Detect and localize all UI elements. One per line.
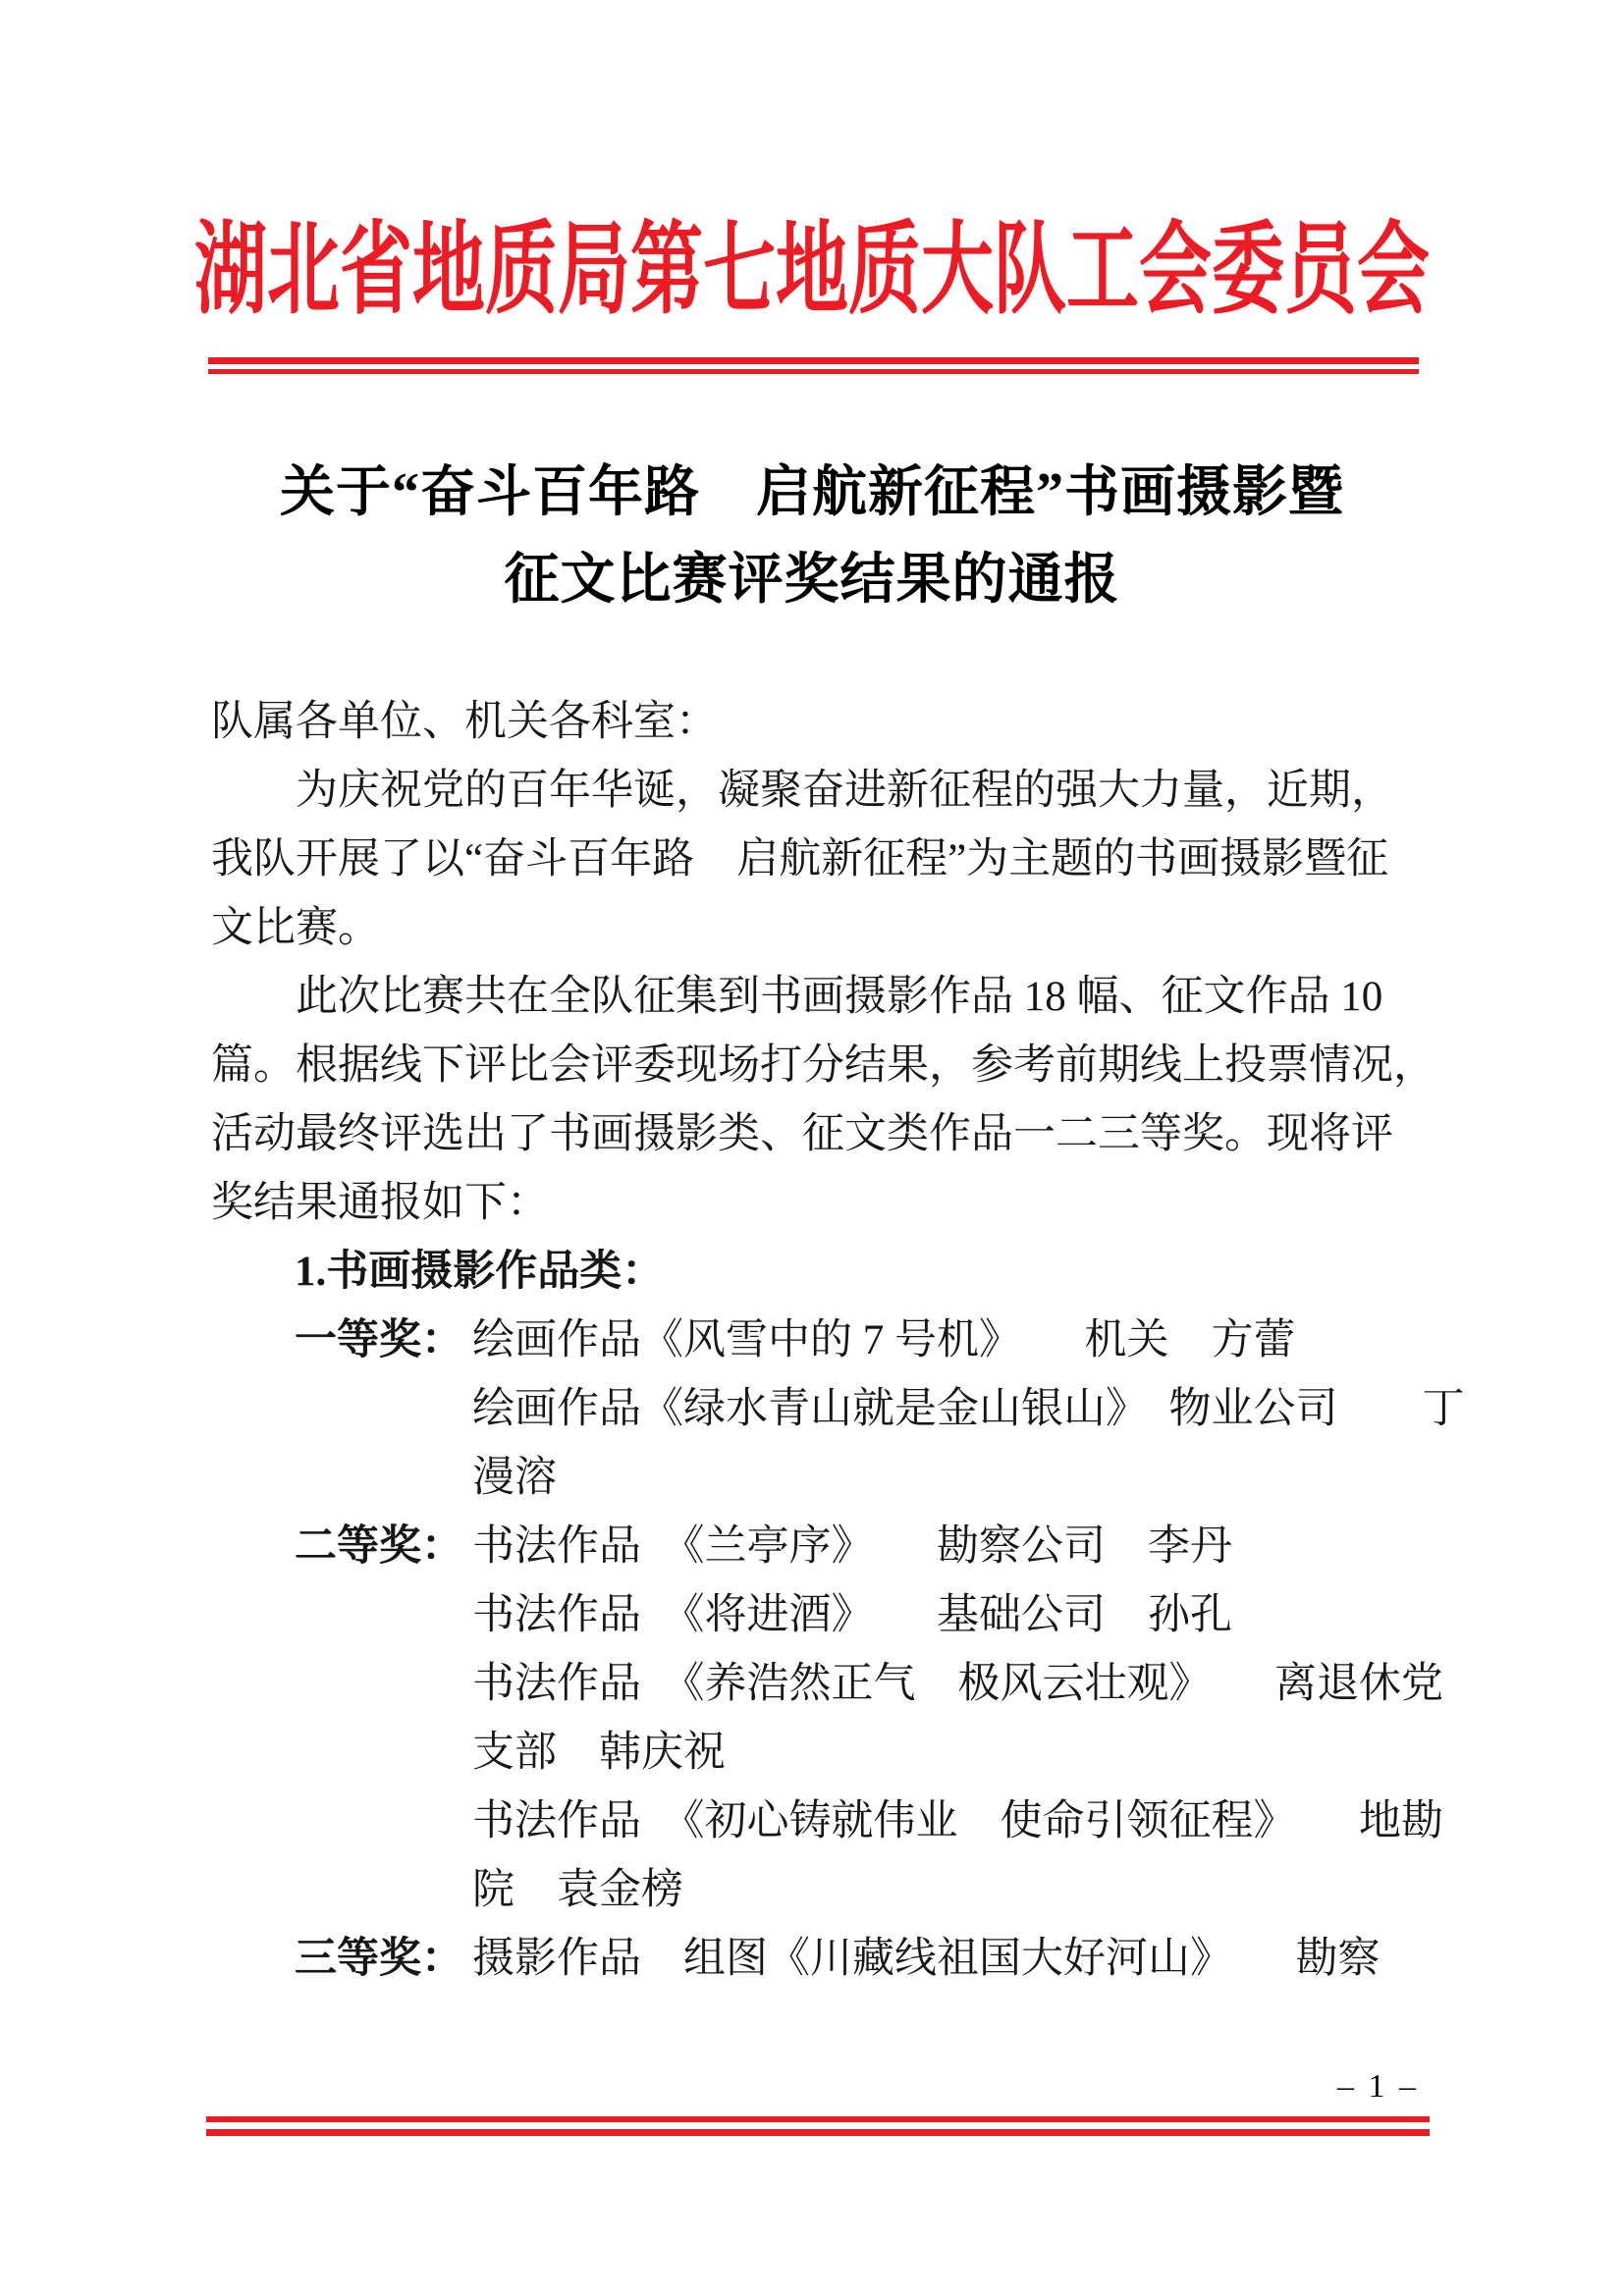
award-entry-continuation: 书法作品 《将进酒》 基础公司 孙孔 — [472, 1581, 1421, 1650]
award-entry-continuation: 书法作品 《初心铸就伟业 使命引领征程》 地勘 — [472, 1788, 1421, 1856]
award-row-first-prize: 一等奖：绘画作品《风雪中的 7 号机》 机关 方蕾 — [211, 1307, 1421, 1375]
award-row-third-prize: 三等奖：摄影作品 组图《川藏线祖国大好河山》 勘察 — [211, 1925, 1421, 1994]
award-entry: 书法作品 《兰亭序》 勘察公司 李丹 — [472, 1523, 1232, 1570]
award-entry: 摄影作品 组图《川藏线祖国大好河山》 勘察 — [472, 1936, 1380, 1982]
letterhead-rule-thin — [208, 369, 1419, 374]
award-row-second-prize: 二等奖：书法作品 《兰亭序》 勘察公司 李丹 — [211, 1513, 1421, 1581]
award-rank-label-third: 三等奖： — [295, 1925, 472, 1994]
paragraph2-line1: 此次比赛共在全队征集到书画摄影作品 18 幅、征文作品 10 — [211, 963, 1421, 1032]
document-title: 关于“奋斗百年路 启航新征程”书画摄影暨 征文比赛评奖结果的通报 — [0, 450, 1624, 624]
document-title-line1: 关于“奋斗百年路 启航新征程”书画摄影暨 — [0, 450, 1624, 537]
section-heading: 1.书画摄影作品类： — [295, 1238, 1421, 1307]
award-entry-continuation: 漫溶 — [472, 1444, 1421, 1513]
salutation-line: 队属各单位、机关各科室： — [211, 688, 1421, 757]
paragraph1-line3: 文比赛。 — [211, 894, 1421, 963]
award-entry-continuation: 院 袁金榜 — [472, 1856, 1421, 1925]
footer-rule-bottom — [206, 2129, 1430, 2136]
document-title-line2: 征文比赛评奖结果的通报 — [0, 537, 1624, 624]
award-rank-label-first: 一等奖： — [295, 1307, 472, 1375]
award-rank-label-second: 二等奖： — [295, 1513, 472, 1581]
document-body: 队属各单位、机关各科室： 为庆祝党的百年华诞，凝聚奋进新征程的强大力量，近期， … — [211, 688, 1421, 1994]
letterhead-rule-thick — [208, 357, 1419, 364]
letterhead-title: 湖北省地质局第七地质大队工会委员会 — [0, 220, 1624, 323]
paragraph2-line4: 奖结果通报如下： — [211, 1169, 1421, 1238]
paragraph2-line3: 活动最终评选出了书画摄影类、征文类作品一二三等奖。现将评 — [211, 1100, 1421, 1169]
award-entry: 绘画作品《风雪中的 7 号机》 机关 方蕾 — [472, 1317, 1296, 1363]
award-entry-continuation: 支部 韩庆祝 — [472, 1719, 1421, 1788]
award-entry-continuation: 绘画作品《绿水青山就是金山银山》 物业公司 丁 — [472, 1375, 1421, 1444]
award-entry-continuation: 书法作品 《养浩然正气 极风云壮观》 离退休党 — [472, 1650, 1421, 1719]
footer-rule-top — [206, 2116, 1430, 2122]
paragraph1-line1: 为庆祝党的百年华诞，凝聚奋进新征程的强大力量，近期， — [211, 757, 1421, 826]
document-page: 湖北省地质局第七地质大队工会委员会 关于“奋斗百年路 启航新征程”书画摄影暨 征… — [0, 0, 1624, 2296]
paragraph1-line2: 我队开展了以“奋斗百年路 启航新征程”为主题的书画摄影暨征 — [211, 826, 1421, 894]
paragraph2-line2: 篇。根据线下评比会评委现场打分结果，参考前期线上投票情况， — [211, 1032, 1421, 1100]
page-number: – 1 – — [211, 2067, 1419, 2107]
